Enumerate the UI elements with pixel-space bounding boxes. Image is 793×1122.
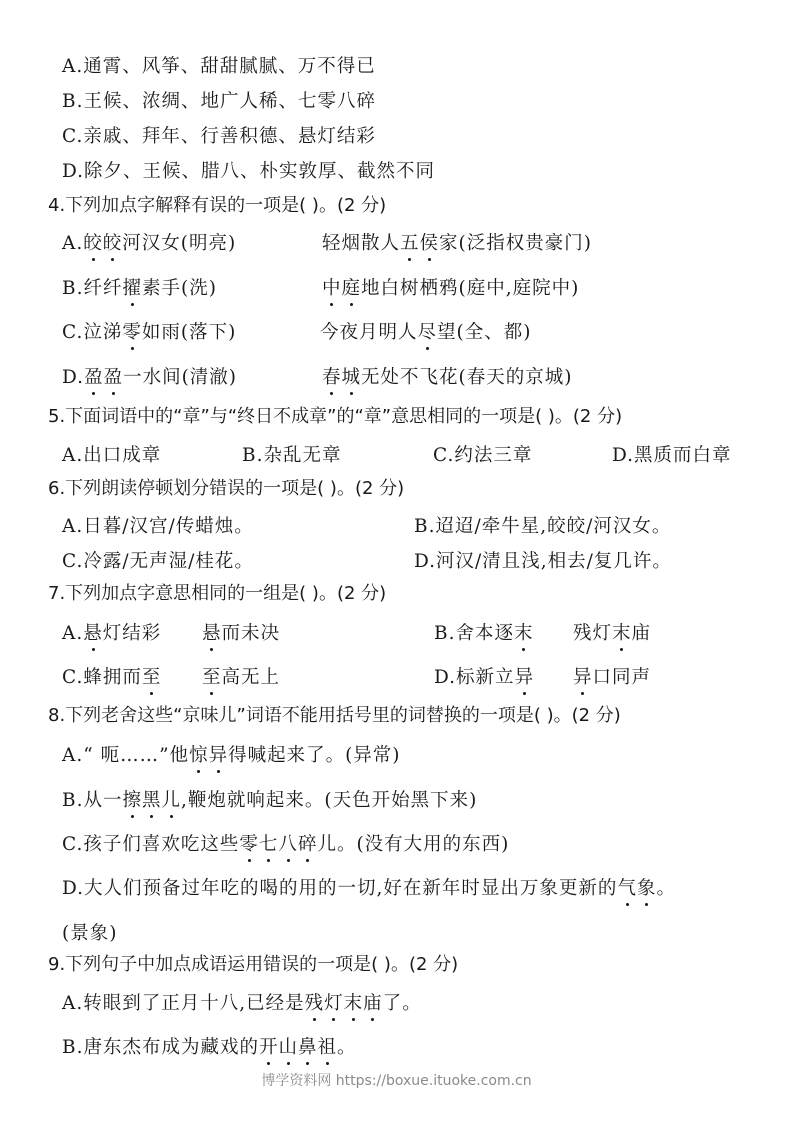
text: 灯结彩	[103, 623, 162, 644]
q4-option-c-left: C.泣涕零如雨(落下)	[62, 321, 236, 345]
text: 无处不飞花(春天的京城)	[361, 367, 572, 388]
dotted-char: 气	[617, 877, 637, 901]
text: B.纤纤	[62, 278, 122, 299]
q8-option-d: D.大人们预备过年吃的喝的用的一切,好在新年时显出万象更新的气象。	[62, 877, 676, 901]
text: 地白树栖鸦(庭中,庭院中)	[361, 278, 579, 299]
q8-option-a: A.“ 呃……”他惊异得喊起来了。(异常)	[62, 744, 401, 768]
text: 。	[656, 878, 676, 899]
q7-option-b-2: 残灯末庙	[573, 622, 651, 646]
q8-option-b: B.从一擦黑儿,鞭炮就响起来。(天色开始黑下来)	[62, 789, 477, 813]
dotted-char: 悬	[202, 622, 222, 646]
q6-option-d: D.河汉/清且浅,相去/复几许。	[414, 550, 672, 574]
question-8-stem: 8.下列老舍这些“京味儿”词语不能用括号里的词替换的一项是( )。(2 分)	[48, 704, 621, 728]
text: A.	[62, 623, 83, 644]
dotted-char: 惊	[189, 744, 209, 768]
text: B.舍本逐	[434, 623, 514, 644]
q4-option-b-left: B.纤纤擢素手(洗)	[62, 277, 217, 301]
question-7-stem: 7.下列加点字意思相同的一组是( )。(2 分)	[48, 582, 386, 606]
text: 望(全、都)	[437, 322, 531, 343]
q5-option-b: B.杂乱无章	[242, 444, 341, 468]
q6-option-b: B.迢迢/牵牛星,皎皎/河汉女。	[414, 515, 671, 539]
text: 残灯	[573, 623, 612, 644]
text: 庙	[632, 623, 652, 644]
dotted-char: 盈	[84, 366, 104, 390]
text: 儿。(没有大用的东西)	[317, 834, 509, 855]
text: 而未决	[222, 623, 281, 644]
dotted-char: 零	[122, 321, 142, 345]
dotted-char: 末	[612, 622, 632, 646]
q6-option-c: C.冷露/无声湿/桂花。	[62, 550, 254, 574]
q6-option-a: A.日暮/汉宫/传蜡烛。	[62, 515, 254, 539]
q3-option-d: D.除夕、王候、腊八、朴实敦厚、截然不同	[62, 160, 435, 184]
q5-option-d: D.黑质而白章	[612, 444, 732, 468]
text: C.孩子们喜欢吃这些	[62, 834, 239, 855]
dotted-char: 五	[400, 232, 420, 256]
q9-option-b: B.唐东杰布成为藏戏的开山鼻祖。	[62, 1036, 357, 1060]
q5-option-c: C.约法三章	[433, 444, 532, 468]
question-4-stem: 4.下列加点字解释有误的一项是( )。(2 分)	[48, 194, 386, 218]
dotted-char: 末	[344, 992, 364, 1016]
q7-option-b-1: B.舍本逐末	[434, 622, 534, 646]
dotted-char: 尽	[418, 321, 438, 345]
dotted-char: 儿	[162, 789, 182, 813]
q8-option-c: C.孩子们喜欢吃这些零七八碎儿。(没有大用的东西)	[62, 833, 509, 857]
dotted-char: 侯	[420, 232, 440, 256]
dotted-char: 山	[279, 1036, 299, 1060]
q7-option-c-2: 至高无上	[202, 666, 280, 690]
q7-option-a-2: 悬而未决	[202, 622, 280, 646]
q3-option-c: C.亲戚、拜年、行善积德、悬灯结彩	[62, 125, 376, 149]
footer-watermark: 博学资料网 https://boxue.ituoke.com.cn	[0, 1070, 793, 1090]
q7-option-d-2: 异口同声	[573, 666, 651, 690]
dotted-char: 至	[142, 666, 162, 690]
text: A.	[62, 233, 83, 254]
dotted-char: 祖	[318, 1036, 338, 1060]
q7-option-c-1: C.蜂拥而至	[62, 666, 161, 690]
dotted-char: 庙	[363, 992, 383, 1016]
dotted-char: 异	[573, 666, 593, 690]
dotted-char: 盈	[104, 366, 124, 390]
dotted-char: 黑	[142, 789, 162, 813]
q4-option-d-left: D.盈盈一水间(清澈)	[62, 366, 237, 390]
text: 得喊起来了。(异常)	[228, 745, 400, 766]
dotted-char: 擢	[122, 277, 142, 301]
dotted-char: 零	[239, 833, 259, 857]
dotted-char: 异	[515, 666, 535, 690]
q5-option-a: A.出口成章	[62, 444, 161, 468]
q4-option-d-right: 春城无处不飞花(春天的京城)	[322, 366, 572, 390]
dotted-char: 擦	[122, 789, 142, 813]
dotted-char: 末	[514, 622, 534, 646]
dotted-char: 象	[637, 877, 657, 901]
question-9-stem: 9.下列句子中加点成语运用错误的一项是( )。(2 分)	[48, 953, 458, 977]
q4-option-a-right: 轻烟散人五侯家(泛指权贵豪门)	[322, 232, 592, 256]
q9-option-a: A.转眼到了正月十八,已经是残灯末庙了。	[62, 992, 422, 1016]
text: 一水间(清澈)	[123, 367, 237, 388]
q8-option-d-continuation: (景象)	[62, 922, 117, 946]
dotted-char: 悬	[83, 622, 103, 646]
text: ,鞭炮就响起来。(天色开始黑下来)	[181, 790, 477, 811]
text: 家(泛指权贵豪门)	[439, 233, 592, 254]
q3-option-b: B.王候、浓绸、地广人稀、七零八碎	[62, 90, 376, 114]
text: C.泣涕	[62, 322, 122, 343]
q7-option-a-1: A.悬灯结彩	[62, 622, 161, 646]
text: D.	[62, 367, 84, 388]
dotted-char: 八	[278, 833, 298, 857]
q4-option-b-right: 中庭地白树栖鸦(庭中,庭院中)	[322, 277, 579, 301]
text: 河汉女(明亮)	[122, 233, 236, 254]
dotted-char: 皎	[103, 232, 123, 256]
dotted-char: 鼻	[298, 1036, 318, 1060]
text: 。	[337, 1037, 357, 1058]
question-5-stem: 5.下面词语中的“章”与“终日不成章”的“章”意思相同的一项是( )。(2 分)	[48, 405, 622, 429]
q4-option-c-right: 今夜月明人尽望(全、都)	[320, 321, 531, 345]
text: 如雨(落下)	[142, 322, 236, 343]
text: 素手(洗)	[142, 278, 217, 299]
text: B.从一	[62, 790, 122, 811]
text: D.标新立	[434, 667, 515, 688]
text: A.“ 呃……”他	[62, 745, 189, 766]
text: 轻烟散人	[322, 233, 400, 254]
dotted-char: 城	[342, 366, 362, 390]
q3-option-a: A.通霄、风筝、甜甜腻腻、万不得已	[62, 55, 376, 79]
question-6-stem: 6.下列朗读停顿划分错误的一项是( )。(2 分)	[48, 477, 404, 501]
text: 高无上	[222, 667, 281, 688]
dotted-char: 异	[209, 744, 229, 768]
text: D.大人们预备过年吃的喝的用的一切,好在新年时显出万象更新的	[62, 878, 617, 899]
dotted-char: 灯	[324, 992, 344, 1016]
dotted-char: 庭	[342, 277, 362, 301]
dotted-char: 至	[202, 666, 222, 690]
text: B.唐东杰布成为藏戏的	[62, 1037, 259, 1058]
dotted-char: 皎	[83, 232, 103, 256]
dotted-char: 中	[322, 277, 342, 301]
text: C.蜂拥而	[62, 667, 142, 688]
q4-option-a-left: A.皎皎河汉女(明亮)	[62, 232, 236, 256]
text: A.转眼到了正月十八,已经是	[62, 993, 305, 1014]
text: 今夜月明人	[320, 322, 418, 343]
dotted-char: 碎	[298, 833, 318, 857]
q7-option-d-1: D.标新立异	[434, 666, 534, 690]
dotted-char: 七	[259, 833, 279, 857]
text: 口同声	[593, 667, 652, 688]
dotted-char: 春	[322, 366, 342, 390]
dotted-char: 残	[305, 992, 325, 1016]
dotted-char: 开	[259, 1036, 279, 1060]
text: 了。	[383, 993, 422, 1014]
